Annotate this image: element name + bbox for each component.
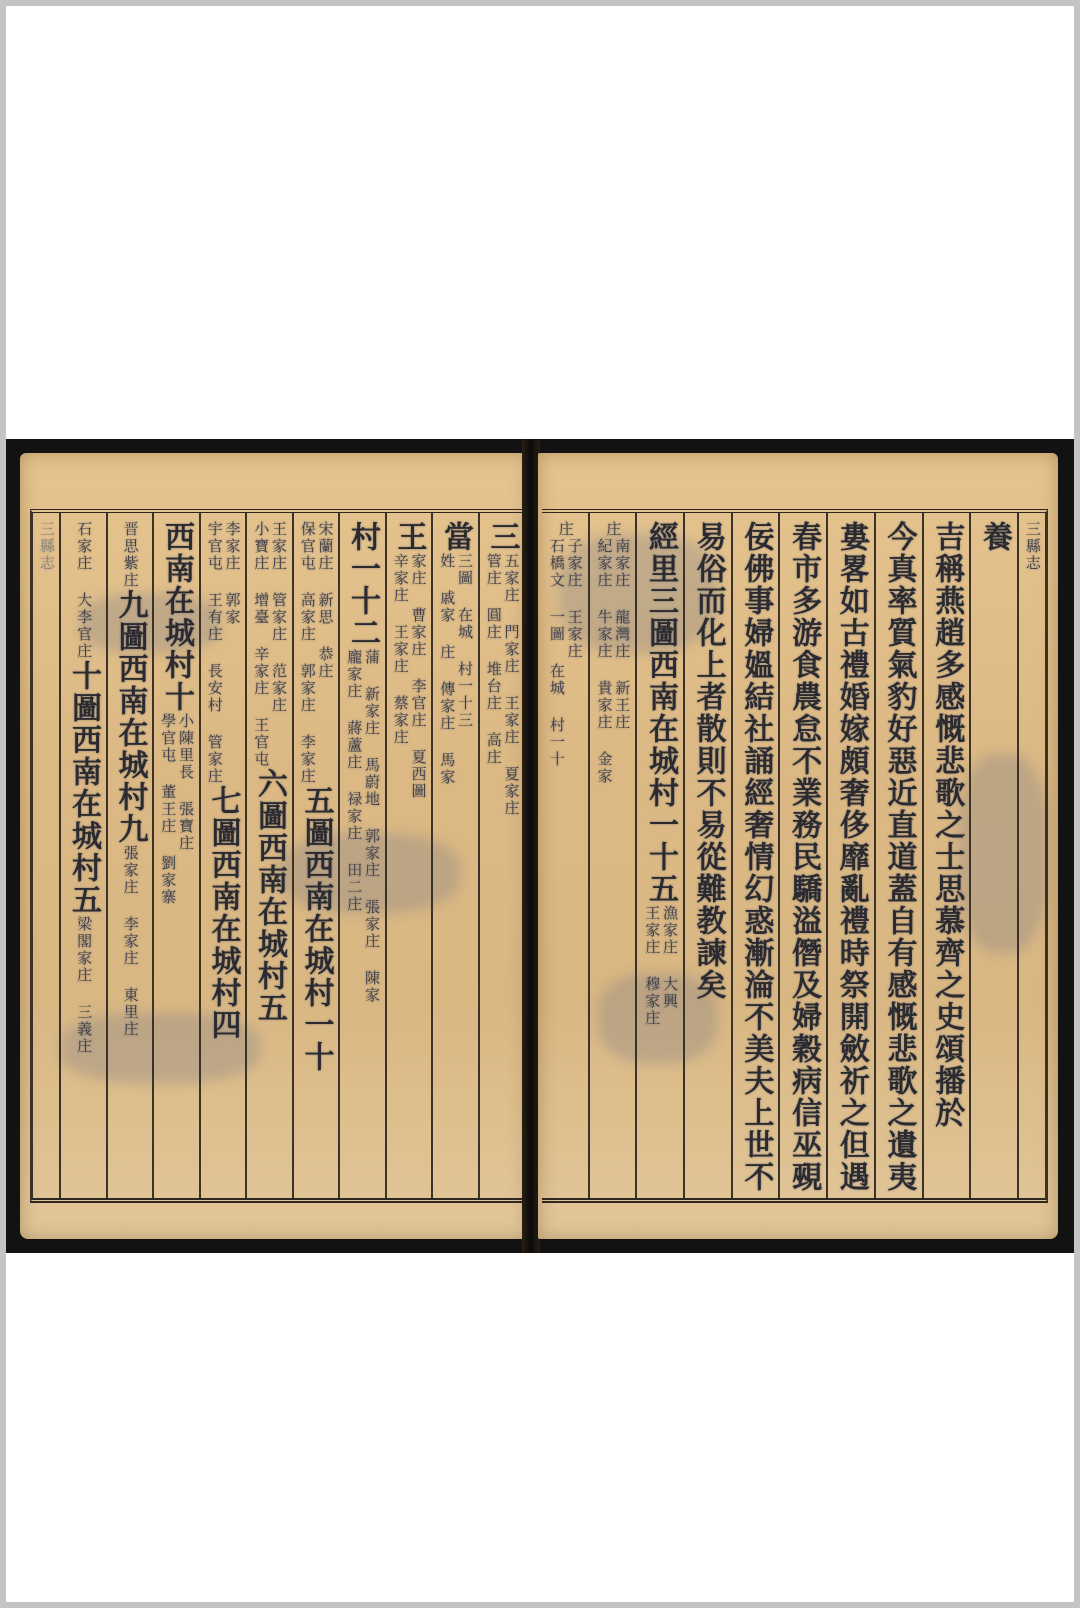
- gutter-label-column: 三縣志: [33, 513, 59, 1198]
- text-column: 王 家庄 曹家庄 李官庄 夏西圖 辛家庄 王家庄 蔡家庄: [385, 513, 432, 1198]
- text-column: 當 三圖 在城 村一十三 姓 戚家 庄 傳家庄 馬家: [431, 513, 478, 1198]
- text-column: 村一十二 蒲 新家庄 馬蔚地 郭家庄 張家庄 陳家 龐家庄 蔣蘆庄 禄家庄 田二…: [338, 513, 385, 1198]
- text-column: 晋思紫庄 九圖西南在城村九 張家庄 李家庄 東里庄: [106, 513, 153, 1198]
- book-scan: 三 五家庄 門家庄 王家庄 夏家庄 管庄 圓庄 堆台庄 高庄 當 三圖 在城 村…: [6, 439, 1074, 1253]
- text-column: 西南在城村十 小陳里長 張寶庄 學官屯 董王庄 劉家寨: [152, 513, 199, 1198]
- text-column: 經里三圖西南在城村一十五 漁家庄 大興 王家庄 穆家庄: [635, 513, 683, 1198]
- gutter-label-column: 三縣志: [1017, 513, 1045, 1198]
- text-column: 易俗而化上者散則不易從難教諫矣: [683, 513, 731, 1198]
- right-page: 三縣志 養 吉稱燕趙多感慨悲歌之士思慕齊之史頌播於 今真率質氣豹好惡近直道蓋自有…: [538, 453, 1058, 1239]
- right-page-frame: 三縣志 養 吉稱燕趙多感慨悲歌之士思慕齊之史頌播於 今真率質氣豹好惡近直道蓋自有…: [542, 509, 1048, 1203]
- text-column: 庄 子家庄 王家庄 石橋文 一圖 在城 村一十: [542, 513, 588, 1198]
- text-column: 王家庄 管家庄 范家庄 小寶庄 增臺 辛家庄 王官屯 六圖西南在城村五: [245, 513, 292, 1198]
- text-column: 石家庄 大李官庄 十圖西南在城村五 梁閣家庄 三義庄: [59, 513, 106, 1198]
- text-column: 三 五家庄 門家庄 王家庄 夏家庄 管庄 圓庄 堆台庄 高庄: [478, 513, 525, 1198]
- left-page: 三 五家庄 門家庄 王家庄 夏家庄 管庄 圓庄 堆台庄 高庄 當 三圖 在城 村…: [20, 453, 528, 1239]
- text-column: 養: [969, 513, 1017, 1198]
- text-column: 李家庄 郭家 宇官屯 王有庄 長安村 管家庄 七圖西南在城村四: [199, 513, 246, 1198]
- text-column: 佞佛事婦媼結社誦經奢情幻惑漸淪不美夫上世不: [731, 513, 779, 1198]
- text-column: 春市多游食農怠不業務民驕溢僭及婦穀病信巫覡: [778, 513, 826, 1198]
- text-column: 庄 南家庄 龍灣庄 新王庄 紀家庄 牛家庄 貴家庄 金家: [588, 513, 636, 1198]
- text-column: 今真率質氣豹好惡近直道蓋自有感慨悲歌之遺夷: [874, 513, 922, 1198]
- text-column: 吉稱燕趙多感慨悲歌之士思慕齊之史頌播於: [922, 513, 970, 1198]
- left-page-frame: 三 五家庄 門家庄 王家庄 夏家庄 管庄 圓庄 堆台庄 高庄 當 三圖 在城 村…: [30, 509, 524, 1203]
- text-column: 婁畧如古禮婚嫁頗奢侈靡亂禮時祭開斂祈之但遇: [826, 513, 874, 1198]
- right-page-columns: 三縣志 養 吉稱燕趙多感慨悲歌之士思慕齊之史頌播於 今真率質氣豹好惡近直道蓋自有…: [542, 513, 1045, 1198]
- text-column: 宋蘭庄 新思 恭庄 保官屯 高家庄 郭家庄 李家庄 五圖西南在城村一十: [292, 513, 339, 1198]
- left-page-columns: 三 五家庄 門家庄 王家庄 夏家庄 管庄 圓庄 堆台庄 高庄 當 三圖 在城 村…: [33, 513, 524, 1198]
